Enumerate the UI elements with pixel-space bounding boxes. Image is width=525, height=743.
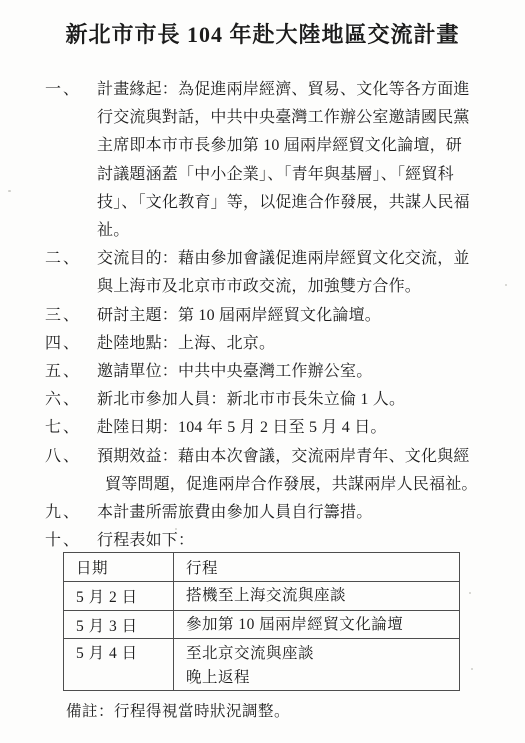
- text-line: 行交流與對話，中共中央臺灣工作辦公室邀請國民黨: [97, 104, 485, 132]
- list-item-5: 五、 邀請單位：中共中央臺灣工作辦公室。: [45, 358, 485, 386]
- item-number: 七、: [45, 414, 97, 442]
- item-number: 九、: [45, 499, 97, 527]
- item-number: 六、: [45, 386, 97, 414]
- list-item-2: 二、 交流目的：藉由參加會議促進兩岸經貿文化交流，並 與上海市及北京市市政交流，…: [45, 245, 485, 301]
- text-line: 赴陸地點：上海、北京。: [97, 330, 485, 358]
- item-number: 八、: [45, 443, 97, 471]
- schedule-cell: 參加第 10 屆兩岸經貿文化論壇: [174, 611, 460, 639]
- page-title: 新北市市長 104 年赴大陸地區交流計畫: [0, 18, 525, 49]
- scan-speck: [175, 528, 177, 530]
- schedule-line: 參加第 10 屆兩岸經貿文化論壇: [186, 613, 459, 637]
- item-text: 赴陸地點：上海、北京。: [97, 330, 485, 358]
- item-text: 新北市參加人員：新北市市長朱立倫 1 人。: [97, 386, 485, 414]
- text-line: 預期效益：藉由本次會議，交流兩岸青年、文化與經: [97, 443, 485, 471]
- scan-speck: [469, 592, 471, 594]
- item-text: 交流目的：藉由參加會議促進兩岸經貿文化交流，並 與上海市及北京市市政交流，加強雙…: [97, 245, 485, 301]
- text-line: 邀請單位：中共中央臺灣工作辦公室。: [97, 358, 485, 386]
- text-line: 祉。: [97, 217, 485, 245]
- numbered-list: 一、 計畫緣起：為促進兩岸經濟、貿易、文化等各方面進 行交流與對話，中共中央臺灣…: [45, 76, 485, 555]
- schedule-cell: 至北京交流與座談 晚上返程: [174, 639, 460, 691]
- column-header-date: 日期: [64, 553, 174, 582]
- schedule-line: 至北京交流與座談: [186, 642, 459, 666]
- text-line: 研討主題：第 10 屆兩岸經貿文化論壇。: [97, 302, 485, 330]
- scanned-document-page: 新北市市長 104 年赴大陸地區交流計畫 一、 計畫緣起：為促進兩岸經濟、貿易、…: [0, 0, 525, 743]
- text-line: 與上海市及北京市市政交流，加強雙方合作。: [97, 273, 485, 301]
- date-cell: 5 月 3 日: [64, 611, 174, 639]
- text-line: 赴陸日期：104 年 5 月 2 日至 5 月 4 日。: [97, 414, 485, 442]
- schedule-line: 晚上返程: [186, 666, 459, 690]
- list-item-1: 一、 計畫緣起：為促進兩岸經濟、貿易、文化等各方面進 行交流與對話，中共中央臺灣…: [45, 76, 485, 245]
- date-cell: 5 月 2 日: [64, 582, 174, 611]
- text-line: 本計畫所需旅費由參加人員自行籌措。: [97, 499, 485, 527]
- schedule-cell: 搭機至上海交流與座談: [174, 582, 460, 611]
- item-text: 邀請單位：中共中央臺灣工作辦公室。: [97, 358, 485, 386]
- text-line: 計畫緣起：為促進兩岸經濟、貿易、文化等各方面進: [97, 76, 485, 104]
- item-number: 四、: [45, 330, 97, 358]
- item-number: 三、: [45, 302, 97, 330]
- table-header-row: 日期 行程: [64, 553, 460, 582]
- list-item-6: 六、 新北市參加人員：新北市市長朱立倫 1 人。: [45, 386, 485, 414]
- text-line: 討議題涵蓋「中小企業」、「青年與基層」、「經貿科: [97, 161, 485, 189]
- footnote: 備註：行程得視當時狀況調整。: [66, 699, 290, 721]
- schedule-line: 搭機至上海交流與座談: [186, 584, 459, 608]
- item-number: 一、: [45, 76, 97, 104]
- item-number: 五、: [45, 358, 97, 386]
- list-item-7: 七、 赴陸日期：104 年 5 月 2 日至 5 月 4 日。: [45, 414, 485, 442]
- text-line: 主席即本市市長參加第 10 屆兩岸經貿文化論壇，研: [97, 132, 485, 160]
- table-row: 5 月 3 日 參加第 10 屆兩岸經貿文化論壇: [64, 611, 460, 639]
- item-text: 本計畫所需旅費由參加人員自行籌措。: [97, 499, 485, 527]
- column-header-schedule: 行程: [174, 553, 460, 582]
- scan-speck: [505, 284, 507, 286]
- list-item-4: 四、 赴陸地點：上海、北京。: [45, 330, 485, 358]
- scan-speck: [8, 190, 11, 192]
- item-text: 研討主題：第 10 屆兩岸經貿文化論壇。: [97, 302, 485, 330]
- list-item-8: 八、 預期效益：藉由本次會議，交流兩岸青年、文化與經 貿等問題，促進兩岸合作發展…: [45, 443, 485, 499]
- item-number: 二、: [45, 245, 97, 273]
- date-cell: 5 月 4 日: [64, 639, 174, 691]
- text-line: 新北市參加人員：新北市市長朱立倫 1 人。: [97, 386, 485, 414]
- text-line: 交流目的：藉由參加會議促進兩岸經貿文化交流，並: [97, 245, 485, 273]
- item-text: 預期效益：藉由本次會議，交流兩岸青年、文化與經 貿等問題，促進兩岸合作發展，共謀…: [97, 443, 485, 499]
- item-text: 計畫緣起：為促進兩岸經濟、貿易、文化等各方面進 行交流與對話，中共中央臺灣工作辦…: [97, 76, 485, 245]
- table-row: 5 月 2 日 搭機至上海交流與座談: [64, 582, 460, 611]
- itinerary-table: 日期 行程 5 月 2 日 搭機至上海交流與座談 5 月 3 日 參加第 10 …: [63, 552, 460, 691]
- item-text: 赴陸日期：104 年 5 月 2 日至 5 月 4 日。: [97, 414, 485, 442]
- list-item-3: 三、 研討主題：第 10 屆兩岸經貿文化論壇。: [45, 302, 485, 330]
- table-row: 5 月 4 日 至北京交流與座談 晚上返程: [64, 639, 460, 691]
- scan-speck: [471, 668, 473, 670]
- text-line: 技」、「文化教育」等，以促進合作發展，共謀人民福: [97, 189, 485, 217]
- text-line: 貿等問題，促進兩岸合作發展，共謀兩岸人民福祉。: [97, 471, 485, 499]
- list-item-9: 九、 本計畫所需旅費由參加人員自行籌措。: [45, 499, 485, 527]
